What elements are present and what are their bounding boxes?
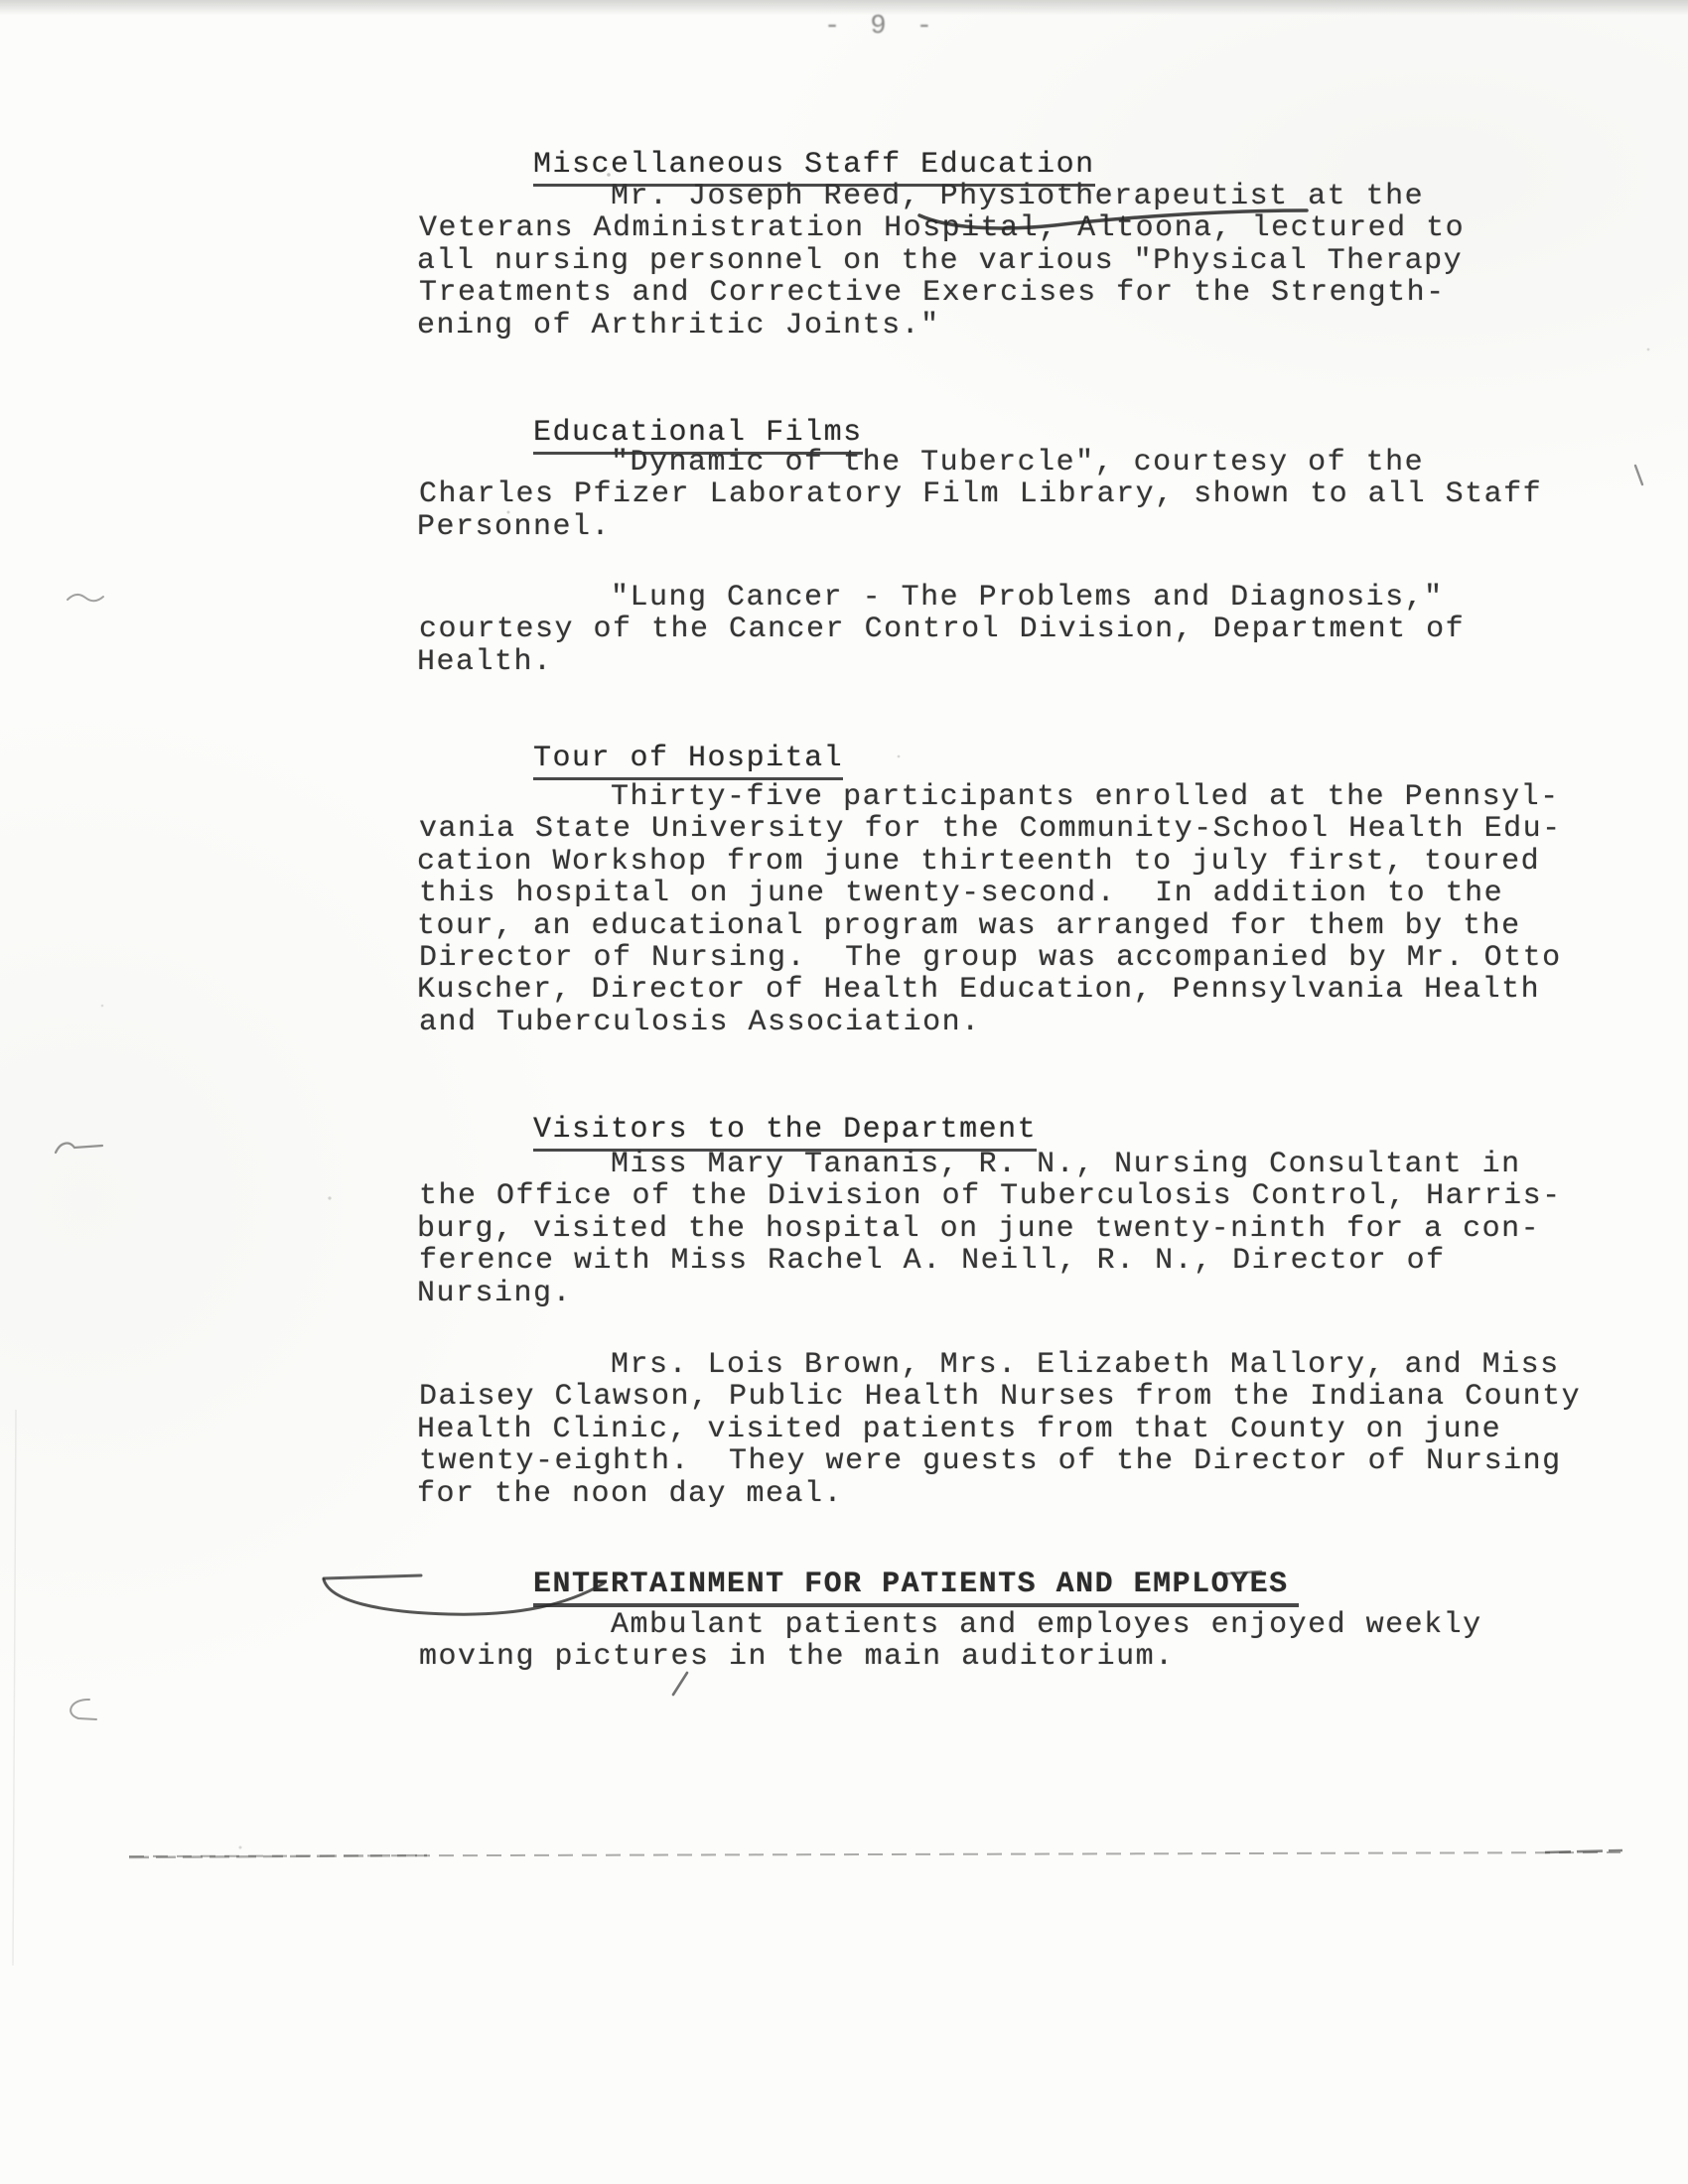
text-line: for the noon day meal. [417,1478,1581,1510]
text-line: Mr. Joseph Reed, Physiotherapeutist at t… [417,181,1465,212]
dashed-rule-bottom-right-dark [1545,1850,1622,1852]
paragraph-entertainment: Ambulant patients and employes enjoyed w… [417,1609,1482,1674]
dashed-rule-bottom-left-dark [129,1855,427,1857]
page-number-mark: - 9 - [824,12,939,42]
text-line: ference with Miss Rachel A. Neill, R. N.… [419,1245,1562,1277]
text-line: moving pictures in the main auditorium. [419,1641,1482,1673]
pen-slash-below-text [673,1673,687,1695]
paragraph-visitor-tananis: Miss Mary Tananis, R. N., Nursing Consul… [417,1149,1562,1309]
pen-underline-extension-left [324,1575,421,1578]
text-line: cation Workshop from june thirteenth to … [417,846,1562,878]
text-line: ening of Arthritic Joints." [417,310,1465,341]
paragraph-visitors-indiana-county: Mrs. Lois Brown, Mrs. Elizabeth Mallory,… [417,1349,1581,1510]
scan-streak-left-edge [13,1410,16,1966]
text-line: Miss Mary Tananis, R. N., Nursing Consul… [417,1149,1562,1180]
text-line: Daisey Clawson, Public Health Nurses fro… [419,1381,1581,1413]
scanned-content: - 9 - Miscellaneous Staff Education Mr. … [0,0,1688,2184]
text-line: the Office of the Division of Tuberculos… [419,1180,1562,1212]
paragraph-staff-education: Mr. Joseph Reed, Physiotherapeutist at t… [417,181,1465,341]
text-line: twenty-eighth. They were guests of the D… [419,1445,1581,1477]
text-line: and Tuberculosis Association. [419,1007,1562,1038]
text-line: Treatments and Corrective Exercises for … [419,277,1465,309]
text-line: Kuscher, Director of Health Education, P… [417,974,1562,1006]
heading-text: Tour of Hospital [533,743,843,780]
text-line: courtesy of the Cancer Control Division,… [419,614,1465,645]
text-line: this hospital on june twenty-second. In … [419,878,1562,909]
text-line: vania State University for the Community… [419,813,1562,845]
text-line: Charles Pfizer Laboratory Film Library, … [419,478,1542,510]
text-line: Director of Nursing. The group was accom… [419,942,1562,974]
margin-tilde-mark [68,595,103,601]
text-line: "Lung Cancer - The Problems and Diagnosi… [417,582,1465,614]
scan-speck [1647,348,1650,351]
paragraph-lung-cancer-film: "Lung Cancer - The Problems and Diagnosi… [417,582,1465,678]
document-page: - 9 - Miscellaneous Staff Education Mr. … [0,0,1688,2184]
scan-speck [328,1196,331,1199]
margin-dash-hook-mark [56,1144,102,1153]
heading-text: Visitors to the Department [533,1114,1037,1152]
text-line: Health. [417,646,1465,678]
margin-curl-mark [70,1700,96,1719]
text-line: Nursing. [417,1278,1562,1309]
text-line: "Dynamic of the Tubercle", courtesy of t… [417,447,1542,478]
text-line: Ambulant patients and employes enjoyed w… [417,1609,1482,1641]
heading-text: ENTERTAINMENT FOR PATIENTS AND EMPLOYES [533,1569,1299,1607]
dashed-rule-bottom [129,1852,1620,1856]
paragraph-hospital-tour: Thirty-five participants enrolled at the… [417,781,1562,1038]
right-margin-tick [1635,466,1642,484]
text-line: tour, an educational program was arrange… [417,910,1562,942]
scan-speck [898,755,901,758]
text-line: all nursing personnel on the various "Ph… [417,245,1465,277]
text-line: burg, visited the hospital on june twent… [417,1213,1562,1245]
scan-speck [239,1846,242,1849]
scan-speck [101,1005,104,1008]
text-line: Thirty-five participants enrolled at the… [417,781,1562,813]
text-line: Health Clinic, visited patients from tha… [417,1414,1581,1445]
text-line: Veterans Administration Hospital, Altoon… [419,212,1465,244]
text-line: Mrs. Lois Brown, Mrs. Elizabeth Mallory,… [417,1349,1581,1381]
text-line: Personnel. [417,511,1542,543]
paragraph-dynamic-of-the-tubercle: "Dynamic of the Tubercle", courtesy of t… [417,447,1542,543]
